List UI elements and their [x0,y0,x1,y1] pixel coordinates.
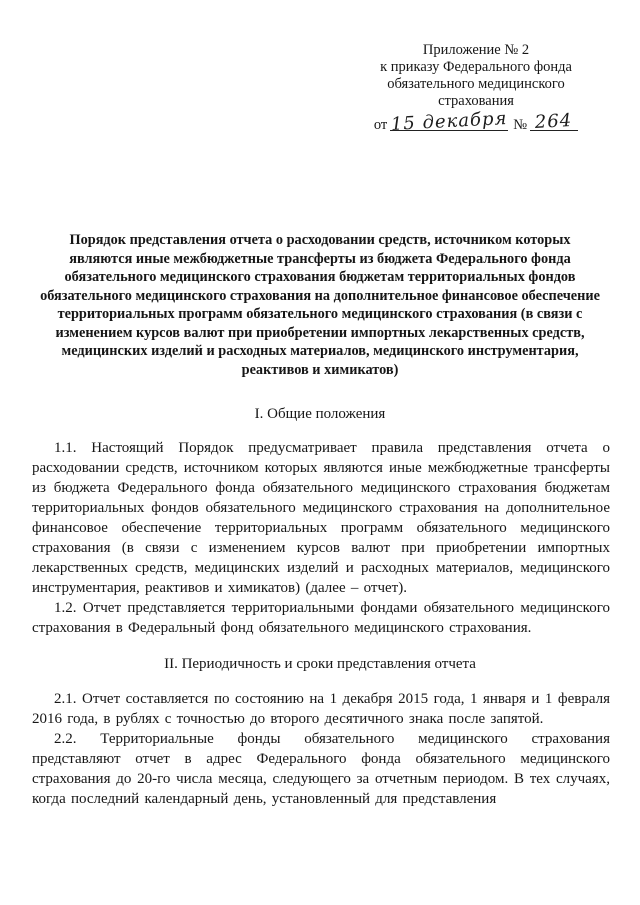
document-title: Порядок представления отчета о расходова… [38,231,602,379]
appendix-label: Приложение № 2 [368,42,584,59]
paragraph-2-1: 2.1. Отчет составляется по состоянию на … [32,689,610,729]
number-blank-line: 264 [530,119,578,131]
section-general-provisions: I. Общие положения 1.1. Настоящий Порядо… [0,404,640,638]
document-page: Приложение № 2 к приказу Федерального фо… [0,0,640,905]
date-blank-line: 15 декабря [390,119,508,131]
handwritten-date: 15 декабря [391,114,508,130]
section-2-heading: II. Периодичность и сроки представления … [32,654,608,674]
section-1-heading: I. Общие положения [32,404,608,424]
number-sign: № [513,117,527,133]
section-1-body: 1.1. Настоящий Порядок предусматривает п… [32,438,610,638]
section-periodicity: II. Периодичность и сроки представления … [0,654,640,809]
paragraph-1-1: 1.1. Настоящий Порядок предусматривает п… [32,438,610,598]
from-label: от [374,117,387,133]
order-date-number-line: от15 декабря№264 [368,117,584,134]
order-reference-line-1: к приказу Федерального фонда [368,59,584,76]
order-reference-line-3: страхования [368,93,584,110]
paragraph-1-2: 1.2. Отчет представляется территориальны… [32,598,610,638]
appendix-header: Приложение № 2 к приказу Федерального фо… [368,42,584,134]
paragraph-2-2: 2.2. Территориальные фонды обязательного… [32,729,610,809]
section-2-body: 2.1. Отчет составляется по состоянию на … [32,689,610,809]
order-reference-line-2: обязательного медицинского [368,76,584,93]
handwritten-number: 264 [535,116,573,128]
